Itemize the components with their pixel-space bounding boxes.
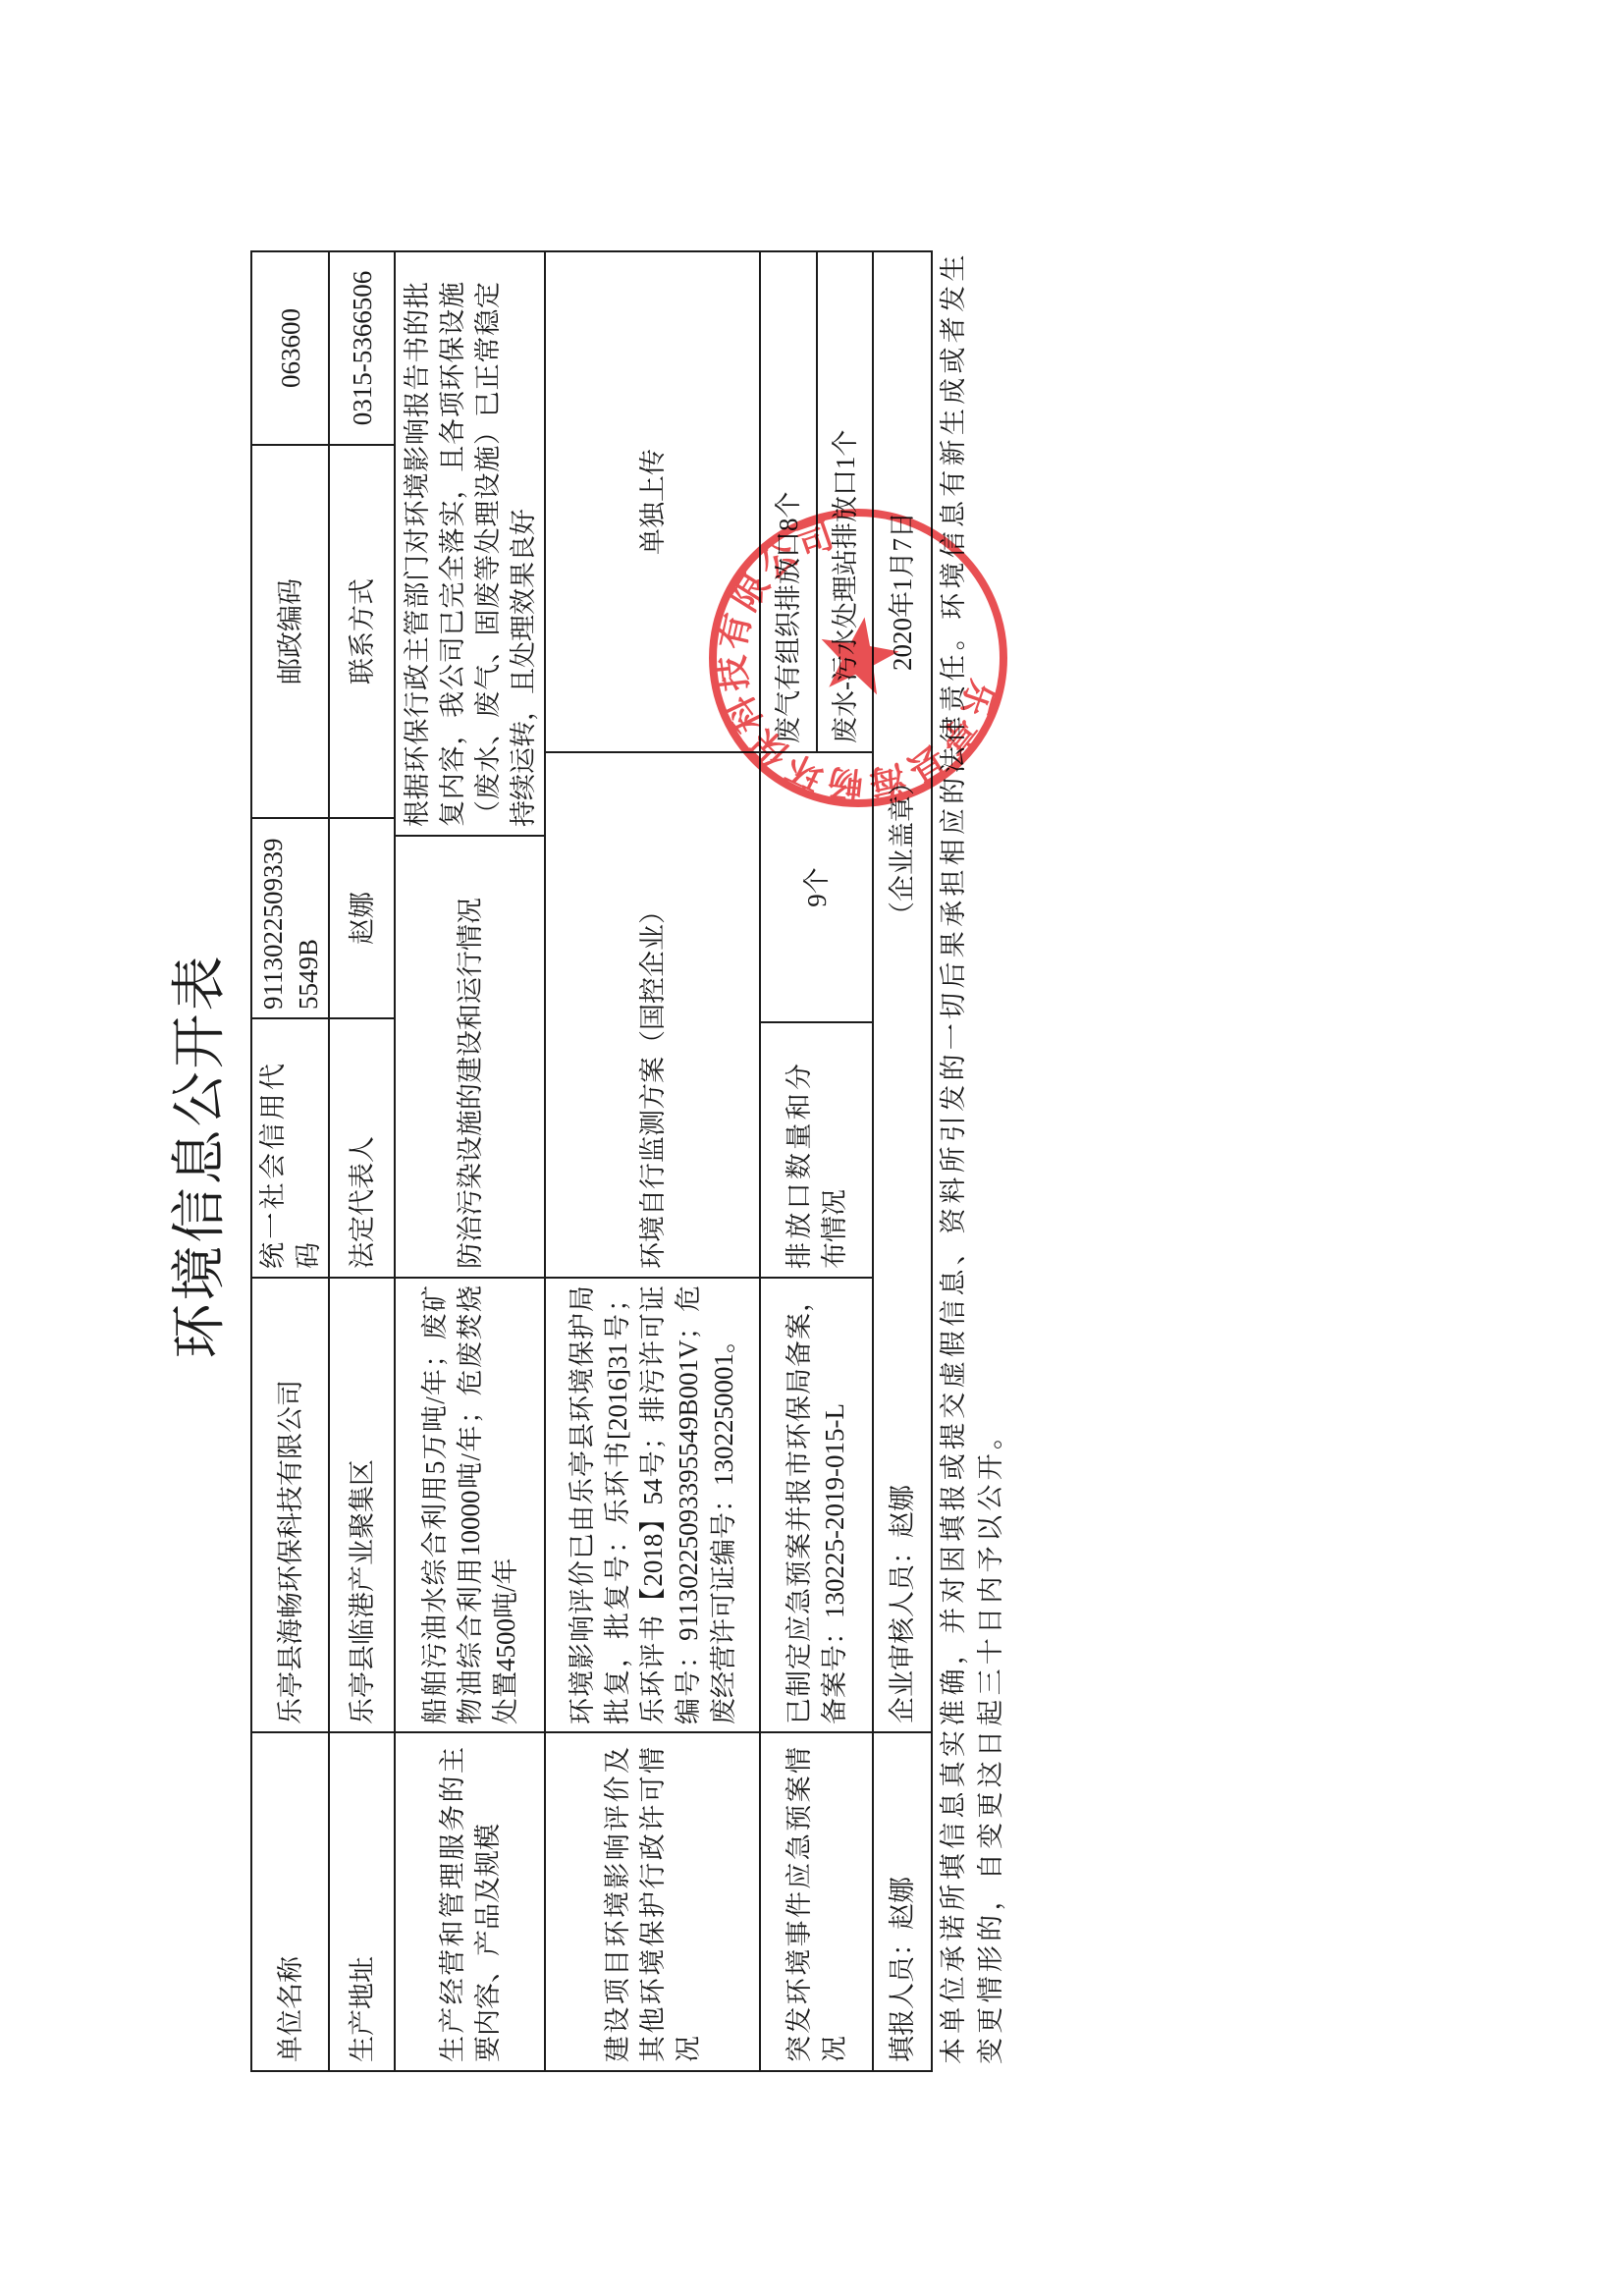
address-label-cell: 生产地址: [330, 1731, 396, 2070]
legal-rep-label: 法定代表人: [345, 1064, 380, 1269]
legal-rep-label-cell: 法定代表人: [330, 1017, 396, 1277]
eia-label: 建设项目环境影响评价及其他环境保护行政许可情况: [600, 1747, 706, 2062]
emergency-cell: 已制定应急预案并报市环保局备案，备案号：130225-2019-015-L: [761, 1277, 874, 1731]
postal-code-label-cell: 邮政编码: [252, 444, 330, 817]
contact-cell: 0315-5366506: [330, 250, 396, 444]
facilities-label: 防治污染设施的建设和运行情况: [453, 845, 488, 1269]
seal-star-icon: [801, 607, 909, 715]
contact-label-cell: 联系方式: [330, 444, 396, 817]
business-value: 船舶污油水综合利用5万吨/年；废矿物油综合利用10000吨/年；危废焚烧处置45…: [417, 1285, 523, 1724]
outlets-label-cell: 排放口数量和分布情况: [761, 1021, 874, 1277]
filler-text: 填报人员：赵娜: [885, 1747, 920, 2062]
eia-value: 环境影响评价已由乐亭县环境保护局批复，批复号：乐环书[2016]31号；乐环评书…: [565, 1285, 741, 1724]
outlets-label: 排放口数量和分布情况: [782, 1064, 852, 1269]
credit-code-cell: 91130225093395549B: [252, 817, 330, 1017]
address-value: 乐亭县临港产业聚集区: [345, 1285, 380, 1724]
unit-name-cell: 乐亭县海畅环保科技有限公司: [252, 1277, 330, 1731]
address-label: 生产地址: [345, 1747, 380, 2062]
postal-code-value: 063600: [273, 260, 308, 436]
postal-code-cell: 063600: [252, 250, 330, 444]
table-row-unit: 单位名称 乐亭县海畅环保科技有限公司 统一社会信用代码 911302250933…: [252, 250, 330, 2070]
reviewer-text: 企业审核人员：赵娜: [874, 1485, 931, 1723]
facilities-label-cell: 防治污染设施的建设和运行情况: [396, 835, 546, 1277]
contact-value: 0315-5366506: [345, 260, 380, 436]
table-row-address: 生产地址 乐亭县临港产业聚集区 法定代表人 赵娜 联系方式 0315-53665…: [330, 250, 396, 2070]
emergency-label: 突发环境事件应急预案情况: [782, 1747, 852, 2062]
eia-cell: 环境影响评价已由乐亭县环境保护局批复，批复号：乐环书[2016]31号；乐环评书…: [546, 1277, 761, 1731]
credit-code-label: 统一社会信用代码: [255, 1064, 326, 1269]
filler-cell: 填报人员：赵娜: [874, 1731, 933, 2070]
commitment-note: 本单位承诺所填信息真实准确，并对因填报或提交虚假信息、资料所引发的一切后果承担相…: [935, 247, 1009, 2064]
page-title: 环境信息公开表: [165, 16, 236, 2296]
credit-code-label-cell: 统一社会信用代码: [252, 1017, 330, 1277]
business-cell: 船舶污油水综合利用5万吨/年；废矿物油综合利用10000吨/年；危废焚烧处置45…: [396, 1277, 546, 1731]
facilities-cell: 根据环保行政主管部门对环境影响报告书的批复内容，我公司已完全落实，且各项环保设施…: [396, 250, 546, 835]
document-page: 环境信息公开表 单位名称 乐亭县海畅环保科技有限公司 统一社会信用代码 9113…: [0, 0, 1623, 2296]
postal-code-label: 邮政编码: [273, 454, 308, 809]
table-row-business: 生产经营和管理服务的主要内容、产品及规模 船舶污油水综合利用5万吨/年；废矿物油…: [396, 250, 546, 2070]
credit-code-value: 91130225093395549B: [255, 827, 326, 1010]
contact-label: 联系方式: [345, 454, 380, 809]
legal-rep-value: 赵娜: [345, 827, 380, 1010]
emergency-label-cell: 突发环境事件应急预案情况: [761, 1731, 874, 2070]
address-cell: 乐亭县临港产业聚集区: [330, 1277, 396, 1731]
unit-name-label: 单位名称: [273, 1747, 308, 2062]
legal-rep-cell: 赵娜: [330, 817, 396, 1017]
business-label: 生产经营和管理服务的主要内容、产品及规模: [435, 1747, 506, 2062]
table-row-eia: 建设项目环境影响评价及其他环境保护行政许可情况 环境影响评价已由乐亭县环境保护局…: [546, 250, 761, 2070]
monitoring-label-cell: 环境自行监测方案（国控企业）: [546, 751, 761, 1277]
unit-name-label-cell: 单位名称: [252, 1731, 330, 2070]
unit-name-value: 乐亭县海畅环保科技有限公司: [273, 1285, 308, 1724]
emergency-value: 已制定应急预案并报市环保局备案，备案号：130225-2019-015-L: [782, 1285, 852, 1724]
eia-label-cell: 建设项目环境影响评价及其他环境保护行政许可情况: [546, 1731, 761, 2070]
facilities-value: 根据环保行政主管部门对环境影响报告书的批复内容，我公司已完全落实，且各项环保设施…: [400, 282, 541, 827]
monitoring-label: 环境自行监测方案（国控企业）: [635, 761, 671, 1269]
business-label-cell: 生产经营和管理服务的主要内容、产品及规模: [396, 1731, 546, 2070]
